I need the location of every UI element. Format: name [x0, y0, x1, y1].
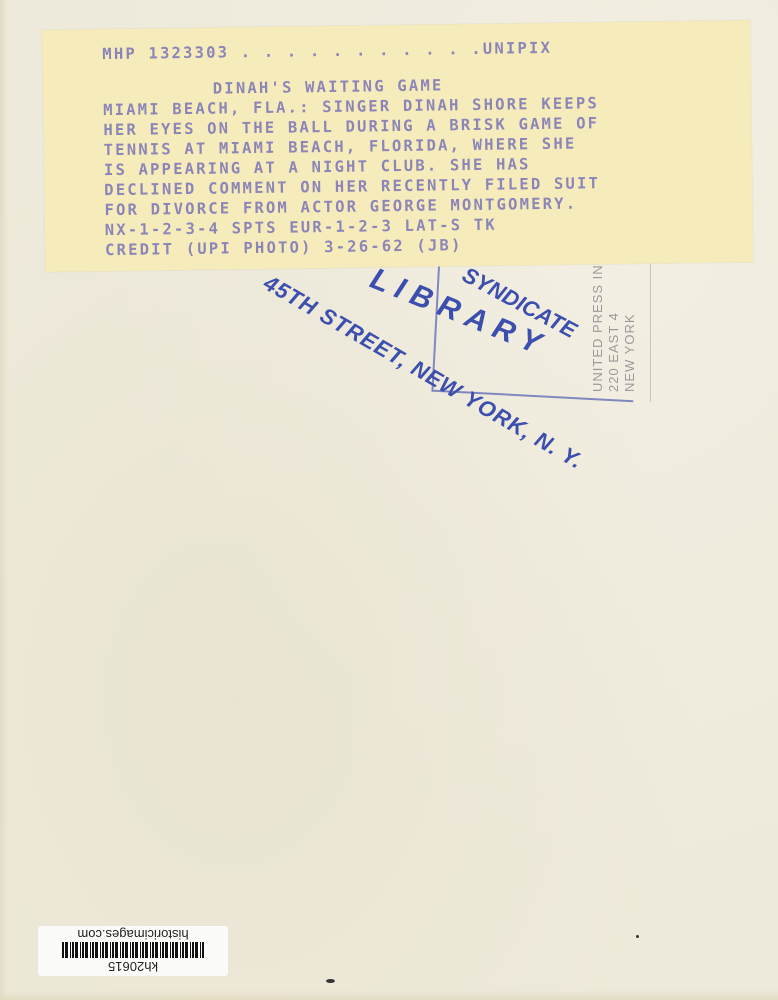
barcode-label: kh20615 historicimages.com — [38, 926, 228, 976]
upi-stamp-border — [650, 262, 651, 402]
barcode — [62, 942, 204, 958]
upi-stamp-line: UNITED PRESS INT — [590, 255, 606, 392]
photo-back: 45TH STREET, NEW YORK, N. Y. LIBRARY SYN… — [0, 0, 778, 1000]
upi-stamp: UNITED PRESS INT 220 EAST 4 NEW YORK — [590, 255, 638, 392]
upi-stamp-line: 220 EAST 4 — [606, 255, 622, 392]
paper-edge-left — [0, 0, 8, 1000]
paper-speck — [636, 935, 639, 938]
caption-headline: DINAH'S WAITING GAME — [213, 76, 444, 97]
paper-speck — [326, 979, 335, 983]
caption-credit-line: CREDIT (UPI PHOTO) 3-26-62 (JB) — [105, 236, 463, 259]
inventory-code: kh20615 — [38, 959, 228, 974]
site-name: historicimages.com — [38, 927, 228, 942]
caption-slip: MHP 1323303 . . . . . . . . . . .UNIPIX … — [42, 20, 753, 272]
caption-line: FOR DIVORCE FROM ACTOR GEORGE MONTGOMERY… — [104, 195, 577, 220]
upi-stamp-line: NEW YORK — [622, 255, 638, 392]
caption-id-line: MHP 1323303 . . . . . . . . . . .UNIPIX — [102, 39, 552, 63]
paper-edge-bottom — [0, 990, 778, 1000]
